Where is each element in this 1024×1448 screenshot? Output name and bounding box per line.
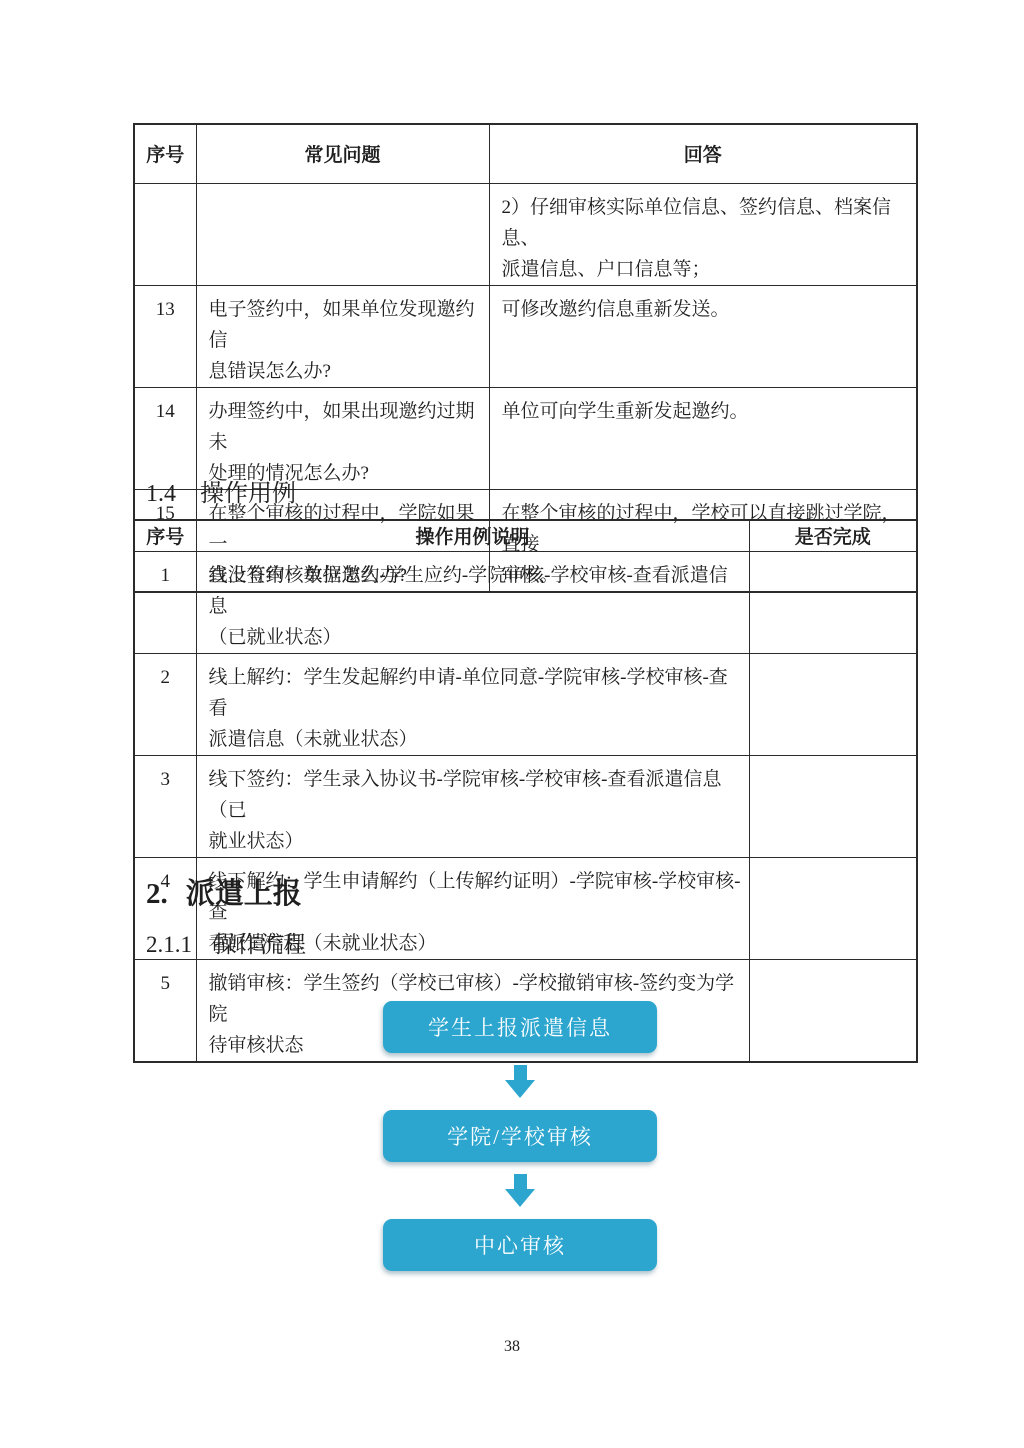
arrow-head bbox=[505, 1189, 535, 1207]
section-title: 操作用例 bbox=[200, 481, 296, 507]
usecase-cell-description: 线下签约：学生录入协议书-学院审核-学校审核-查看派遣信息（已 就业状态） bbox=[196, 755, 749, 857]
faq-header-row: 序号 常见问题 回答 bbox=[134, 124, 917, 183]
usecase-cell-description: 线上签约：单位邀约-学生应约-学院审核-学校审核-查看派遣信息 （已就业状态） bbox=[196, 551, 749, 653]
flow-step-center-review: 中心审核 bbox=[383, 1219, 657, 1271]
section-title: 操作流程 bbox=[214, 932, 306, 957]
flowchart: 学生上报派遣信息 学院/学校审核 中心审核 bbox=[383, 1001, 657, 1271]
usecase-header-no: 序号 bbox=[134, 520, 196, 551]
usecase-cell-no: 3 bbox=[134, 755, 196, 857]
down-arrow-icon bbox=[505, 1065, 535, 1098]
arrow-shaft bbox=[514, 1065, 527, 1080]
flow-step-student-report: 学生上报派遣信息 bbox=[383, 1001, 657, 1053]
faq-header-question: 常见问题 bbox=[196, 124, 489, 183]
faq-cell-answer: 可修改邀约信息重新发送。 bbox=[489, 285, 917, 387]
faq-header-answer: 回答 bbox=[489, 124, 917, 183]
arrow-head bbox=[505, 1080, 535, 1098]
section-heading-use-cases: 1.4操作用例 bbox=[146, 473, 296, 508]
usecase-cell-completed bbox=[749, 959, 917, 1062]
faq-cell-answer: 单位可向学生重新发起邀约。 bbox=[489, 387, 917, 489]
down-arrow-icon bbox=[505, 1174, 535, 1207]
usecase-cell-completed bbox=[749, 857, 917, 959]
arrow-shaft bbox=[514, 1174, 527, 1189]
usecase-cell-no: 1 bbox=[134, 551, 196, 653]
faq-cell-answer: 2）仔细审核实际单位信息、签约信息、档案信息、 派遣信息、户口信息等； bbox=[489, 183, 917, 285]
usecase-cell-completed bbox=[749, 551, 917, 653]
section-title: 派遣上报 bbox=[186, 878, 302, 910]
table-row: 2 线上解约：学生发起解约申请-单位同意-学院审核-学校审核-查看 派遣信息（未… bbox=[134, 653, 917, 755]
table-row: 1 线上签约：单位邀约-学生应约-学院审核-学校审核-查看派遣信息 （已就业状态… bbox=[134, 551, 917, 653]
table-row: 2）仔细审核实际单位信息、签约信息、档案信息、 派遣信息、户口信息等； bbox=[134, 183, 917, 285]
faq-cell-question bbox=[196, 183, 489, 285]
section-number: 2.1.1 bbox=[146, 932, 192, 958]
usecase-cell-no: 2 bbox=[134, 653, 196, 755]
flow-step-college-school-review: 学院/学校审核 bbox=[383, 1110, 657, 1162]
usecase-cell-completed bbox=[749, 755, 917, 857]
section-heading-dispatch: 2.派遣上报 bbox=[146, 871, 302, 912]
usecase-cell-description: 线上解约：学生发起解约申请-单位同意-学院审核-学校审核-查看 派遣信息（未就业… bbox=[196, 653, 749, 755]
table-row: 3 线下签约：学生录入协议书-学院审核-学校审核-查看派遣信息（已 就业状态） bbox=[134, 755, 917, 857]
section-number: 2. bbox=[146, 878, 168, 911]
faq-header-no: 序号 bbox=[134, 124, 196, 183]
usecase-cell-no: 5 bbox=[134, 959, 196, 1062]
section-number: 1.4 bbox=[146, 481, 176, 508]
usecase-header-completed: 是否完成 bbox=[749, 520, 917, 551]
document-page: 序号 常见问题 回答 2）仔细审核实际单位信息、签约信息、档案信息、 派遣信息、… bbox=[0, 0, 1024, 1448]
usecase-header-row: 序号 操作用例说明 是否完成 bbox=[134, 520, 917, 551]
usecase-cell-completed bbox=[749, 653, 917, 755]
table-row: 13 电子签约中，如果单位发现邀约信 息错误怎么办? 可修改邀约信息重新发送。 bbox=[134, 285, 917, 387]
faq-cell-question: 电子签约中，如果单位发现邀约信 息错误怎么办? bbox=[196, 285, 489, 387]
section-heading-operation-flow: 2.1.1操作流程 bbox=[146, 926, 306, 959]
usecase-table: 序号 操作用例说明 是否完成 1 线上签约：单位邀约-学生应约-学院审核-学校审… bbox=[133, 519, 918, 1063]
faq-cell-no: 13 bbox=[134, 285, 196, 387]
faq-cell-no bbox=[134, 183, 196, 285]
page-number: 38 bbox=[0, 1338, 1024, 1356]
usecase-header-description: 操作用例说明 bbox=[196, 520, 749, 551]
